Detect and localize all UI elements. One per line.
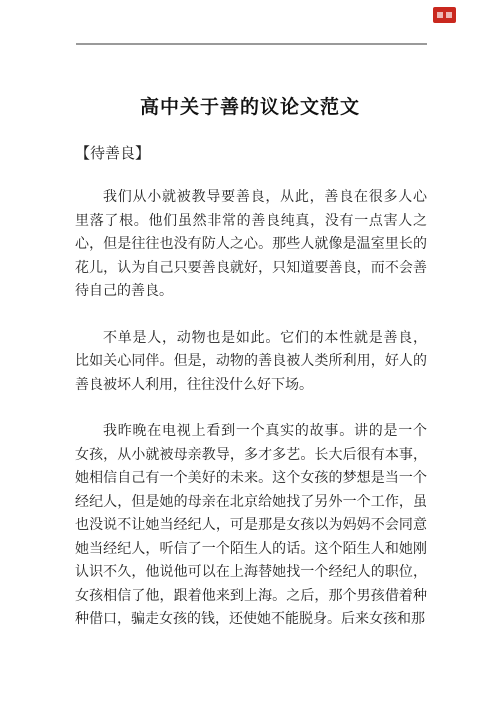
text-line: 我们从小就被教导要善良，从此，善良在很多人心: [75, 186, 427, 210]
text-line: 女孩相信了他，跟着他来到上海。之后，那个男孩借着种: [75, 585, 427, 609]
text-line: 比如关心同伴。但是，动物的善良被人类所利用，好人的: [75, 350, 427, 374]
text-line: 经纪人，但是她的母亲在北京给她找了另外一个工作，虽: [75, 491, 427, 515]
page-title: 高中关于善的议论文范文: [0, 95, 500, 121]
paragraph: 我们从小就被教导要善良，从此，善良在很多人心里落了根。他们虽然非常的善良纯真，没…: [75, 186, 427, 304]
text-line: 待自己的善良。: [75, 280, 427, 304]
header-divider: [76, 43, 427, 45]
text-line: 里落了根。他们虽然非常的善良纯真，没有一点害人之: [75, 210, 427, 234]
text-line: 也没说不让她当经纪人，可是那是女孩以为妈妈不会同意: [75, 514, 427, 538]
section-subheading: 【待善良】: [75, 143, 150, 165]
text-line: 认识不久，他说他可以在上海替她找一个经纪人的职位，: [75, 561, 427, 585]
stamp-glyph-icon: [437, 12, 452, 18]
text-line: 我昨晚在电视上看到一个真实的故事。讲的是一个: [75, 420, 427, 444]
essay-body: 我们从小就被教导要善良，从此，善良在很多人心里落了根。他们虽然非常的善良纯真，没…: [75, 186, 427, 655]
text-line: 种借口，骗走女孩的钱，还使她不能脱身。后来女孩和那: [75, 608, 427, 632]
text-line: 她相信自己有一个美好的未来。这个女孩的梦想是当一个: [75, 467, 427, 491]
paragraph: 我昨晚在电视上看到一个真实的故事。讲的是一个女孩，从小就被母亲教导，多才多艺。长…: [75, 420, 427, 632]
document-page: 高中关于善的议论文范文 【待善良】 我们从小就被教导要善良，从此，善良在很多人心…: [0, 0, 500, 707]
text-line: 女孩，从小就被母亲教导，多才多艺。长大后很有本事，: [75, 444, 427, 468]
paragraph: 不单是人，动物也是如此。它们的本性就是善良，比如关心同伴。但是，动物的善良被人类…: [75, 327, 427, 398]
text-line: 花儿，认为自己只要善良就好，只知道要善良，而不会善: [75, 257, 427, 281]
text-line: 善良被坏人利用，往往没什么好下场。: [75, 374, 427, 398]
text-line: 不单是人，动物也是如此。它们的本性就是善良，: [75, 327, 427, 351]
red-stamp-badge-icon: [433, 7, 456, 23]
text-line: 她当经纪人，听信了一个陌生人的话。这个陌生人和她刚: [75, 538, 427, 562]
text-line: 心，但是往往也没有防人之心。那些人就像是温室里长的: [75, 233, 427, 257]
